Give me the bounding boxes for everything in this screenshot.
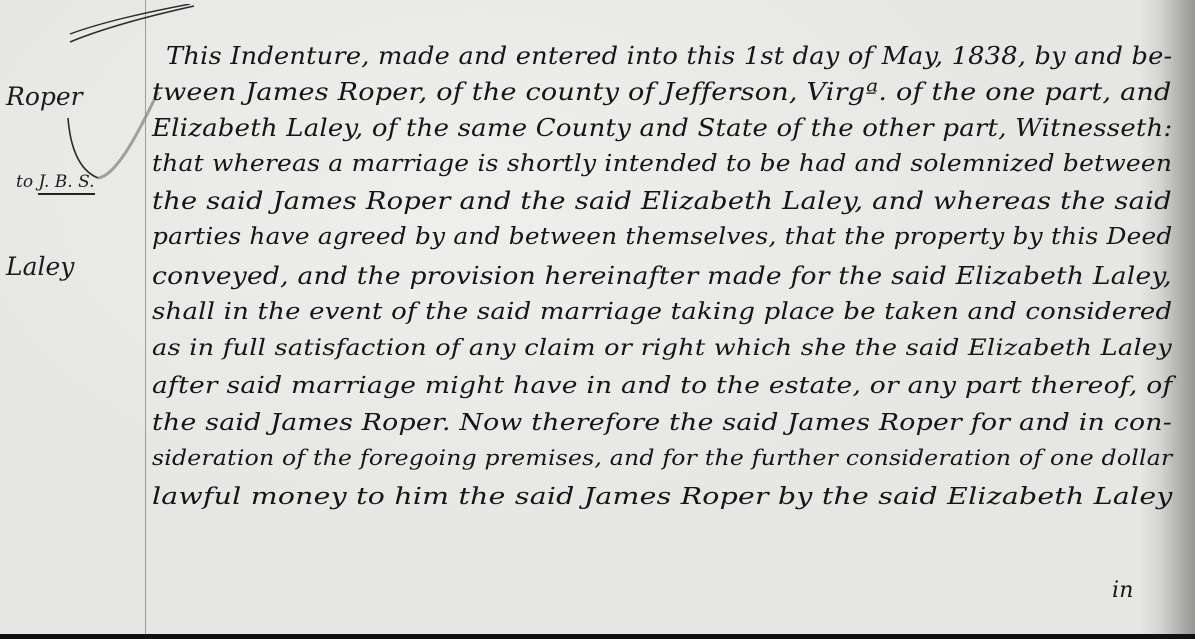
- text-line-10: after said marriage might have in and to…: [152, 373, 1173, 399]
- text-line-5: the said James Roper and the said Elizab…: [152, 187, 1172, 215]
- scan-bottom-edge: [0, 634, 1195, 639]
- document-page: Roper to J. B. S. Laley This Indenture, …: [0, 0, 1195, 634]
- catchword: in: [1112, 578, 1134, 603]
- margin-note-to-trustee: to J. B. S.: [16, 172, 95, 192]
- margin-note-to: to: [16, 172, 33, 192]
- text-line-9: as in full satisfaction of any claim or …: [152, 336, 1172, 361]
- text-line-12: sideration of the foregoing premises, an…: [152, 446, 1172, 470]
- indenture-body: This Indenture, made and entered into th…: [152, 0, 1182, 634]
- text-line-2: tween James Roper, of the county of Jeff…: [152, 78, 1172, 106]
- margin-note-trustee-initials: J. B. S.: [38, 172, 94, 195]
- text-line-8: shall in the event of the said marriage …: [152, 299, 1172, 325]
- text-line-3: Elizabeth Laley, of the same County and …: [152, 114, 1172, 142]
- text-line-1: This Indenture, made and entered into th…: [166, 42, 1172, 70]
- text-line-11: the said James Roper. Now therefore the …: [152, 410, 1172, 436]
- margin-note-roper: Roper: [6, 82, 83, 111]
- text-line-6: parties have agreed by and between thems…: [152, 224, 1172, 250]
- text-line-7: conveyed, and the provision hereinafter …: [152, 262, 1172, 290]
- text-line-4: that whereas a marriage is shortly inten…: [152, 151, 1172, 177]
- text-line-13: lawful money to him the said James Roper…: [152, 484, 1173, 510]
- margin-note-laley: Laley: [6, 252, 74, 281]
